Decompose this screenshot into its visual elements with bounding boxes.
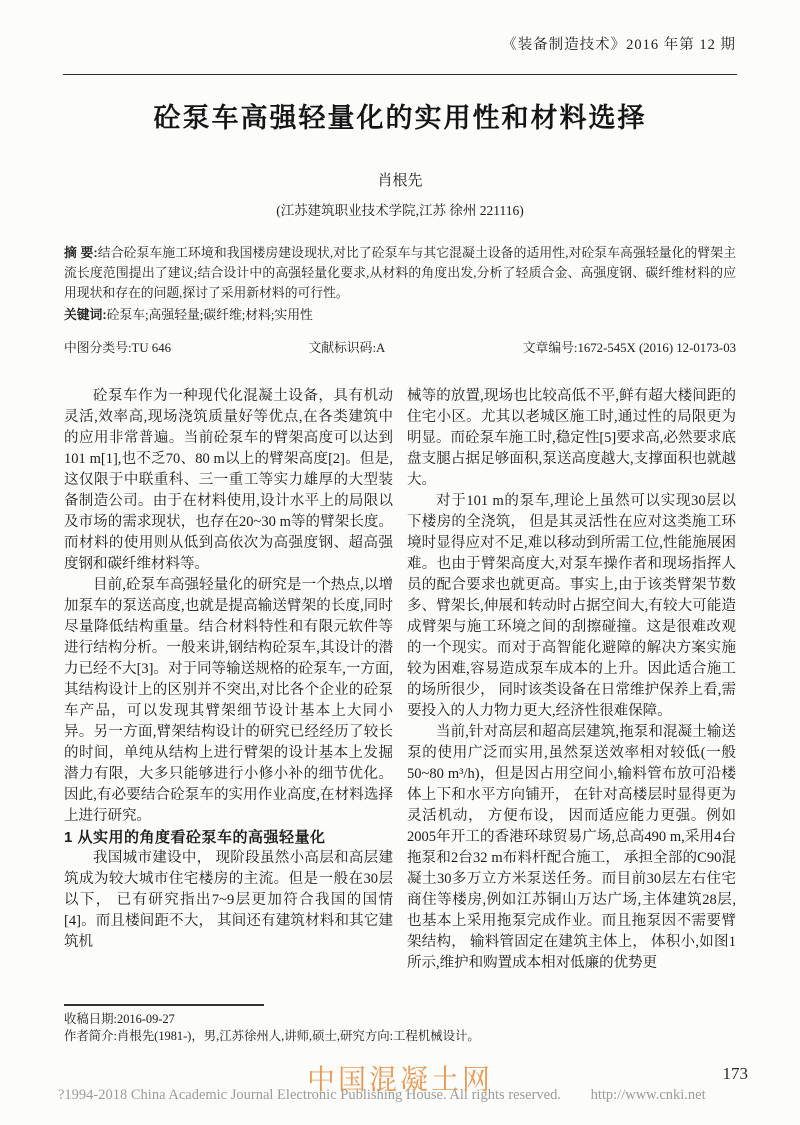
abstract-text: 结合砼泵车施工环境和我国楼房建设现状,对比了砼泵车与其它混凝土设备的适用性,对砼… <box>64 246 736 300</box>
received-date-line: 收稿日期:2016-09-27 <box>64 1011 664 1028</box>
right-paragraph-3: 当前,针对高层和超高层建筑,拖泵和混凝土输送泵的使用广泛而实用,虽然泵送效率相对… <box>407 722 736 974</box>
keywords-label: 关键词: <box>64 307 107 322</box>
right-column: 械等的放置,现场也比较高低不平,鲜有超大楼间距的住宅小区。尤其以老城区施工时,通… <box>407 386 736 974</box>
right-paragraph-1: 械等的放置,现场也比较高低不平,鲜有超大楼间距的住宅小区。尤其以老城区施工时,通… <box>407 386 736 491</box>
clc-number: 中图分类号:TU 646 <box>64 337 171 356</box>
author-bio-line: 作者简介:肖根先(1981-)，男,江苏徐州人,讲师,硕士,研究方向:工程机械设… <box>64 1028 664 1045</box>
footnote-divider <box>64 1004 264 1006</box>
left-paragraph-2: 目前,砼泵车高强轻量化的研究是一个热点,以增加泵车的泵送高度,也就是提高输送臂架… <box>64 575 393 827</box>
right-paragraph-2: 对于101 m的泵车,理论上虽然可以实现30层以下楼房的全浇筑， 但是其灵活性在… <box>407 491 736 722</box>
abstract: 摘 要:结合砼泵车施工环境和我国楼房建设现状,对比了砼泵车与其它混凝土设备的适用… <box>64 243 736 303</box>
article-content: 砼泵车高强轻量化的实用性和材料选择 肖根先 (江苏建筑职业技术学院,江苏 徐州 … <box>64 90 736 974</box>
cnki-watermark: 中国混凝土网 <box>307 1058 493 1098</box>
left-paragraph-1: 砼泵车作为一种现代化混凝土设备，具有机动灵活,效率高,现场浇筑质量好等优点,在各… <box>64 386 393 575</box>
article-id: 文章编号:1672-545X (2016) 12-0173-03 <box>523 337 736 356</box>
footnote-block: 收稿日期:2016-09-27 作者简介:肖根先(1981-)，男,江苏徐州人,… <box>64 1004 664 1045</box>
section-1-heading: 1 从实用的角度看砼泵车的高强轻量化 <box>64 827 393 848</box>
page-number: 173 <box>723 1064 749 1084</box>
left-paragraph-3: 我国城市建设中， 现阶段虽然小高层和高层建筑成为较大城市住宅楼房的主流。但是一般… <box>64 848 393 953</box>
classification-row: 中图分类号:TU 646 文献标识码:A 文章编号:1672-545X (201… <box>64 337 736 356</box>
author-name: 肖根先 <box>64 169 736 190</box>
author-affiliation: (江苏建筑职业技术学院,江苏 徐州 221116) <box>64 199 736 219</box>
journal-page: 《装备制造技术》2016 年第 12 期 砼泵车高强轻量化的实用性和材料选择 肖… <box>0 0 800 1125</box>
body-columns: 砼泵车作为一种现代化混凝土设备，具有机动灵活,效率高,现场浇筑质量好等优点,在各… <box>64 386 736 974</box>
abstract-label: 摘 要: <box>64 245 98 260</box>
keywords-text: 砼泵车;高强轻量;碳纤维;材料;实用性 <box>107 308 313 322</box>
cnki-url: http://www.cnki.net <box>591 1087 706 1103</box>
document-code: 文献标识码:A <box>308 337 385 356</box>
left-column: 砼泵车作为一种现代化混凝土设备，具有机动灵活,效率高,现场浇筑质量好等优点,在各… <box>64 386 393 974</box>
article-title: 砼泵车高强轻量化的实用性和材料选择 <box>64 96 736 135</box>
header-divider <box>63 74 737 75</box>
received-date: 2016-09-27 <box>117 1012 175 1026</box>
journal-issue-header: 《装备制造技术》2016 年第 12 期 <box>502 33 736 54</box>
keywords: 关键词:砼泵车;高强轻量;碳纤维;材料;实用性 <box>64 305 736 325</box>
bio-text: 肖根先(1981-)，男,江苏徐州人,讲师,硕士,研究方向:工程机械设计。 <box>117 1029 480 1043</box>
received-label: 收稿日期: <box>64 1012 117 1026</box>
bio-label: 作者简介: <box>64 1029 117 1043</box>
